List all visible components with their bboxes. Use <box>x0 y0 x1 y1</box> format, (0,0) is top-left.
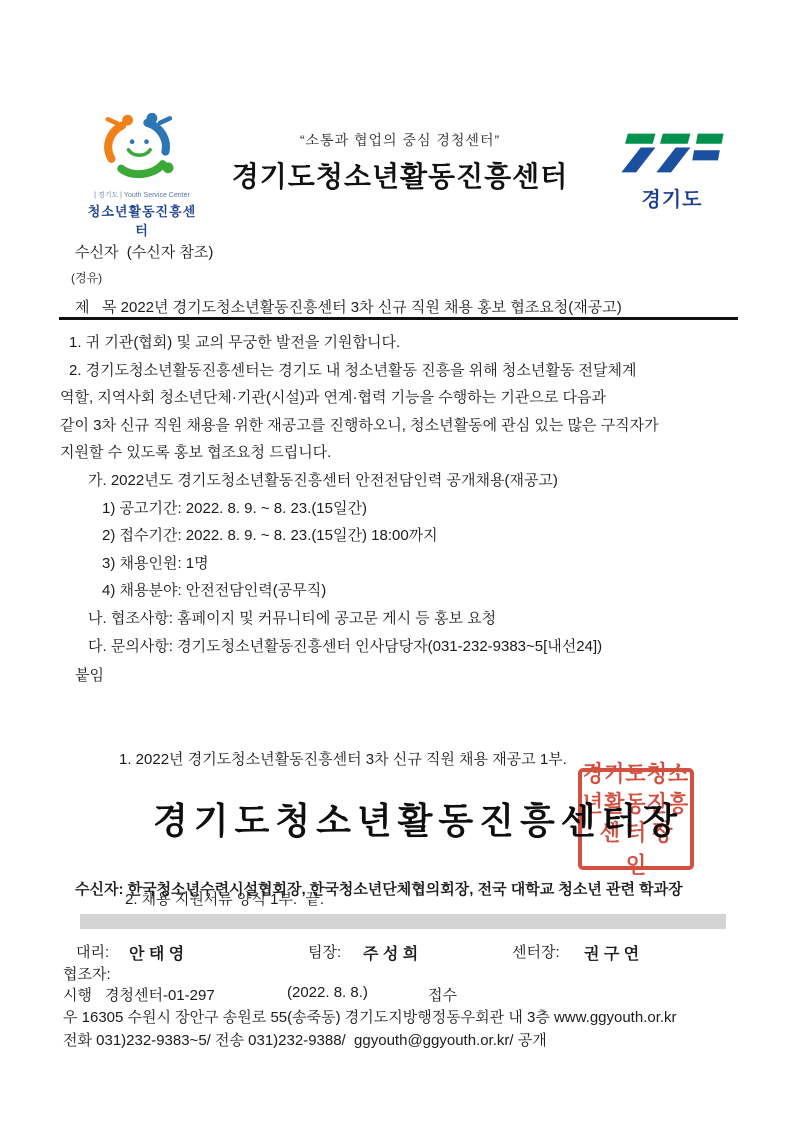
receipt-label: 접수 <box>428 984 457 1005</box>
body-line: 3) 채용인원: 1명 <box>60 550 742 578</box>
body-line: 나. 협조사항: 홈페이지 및 커뮤니티에 공고문 게시 등 홍보 요청 <box>60 605 742 633</box>
gyeonggi-logo-label: 경기도 <box>616 183 728 212</box>
body-line: 1) 공고기간: 2022. 8. 9. ~ 8. 23.(15일간) <box>60 495 742 523</box>
address-line: 우 16305 수원시 장안구 송원로 55(송죽동) 경기도지방행정동우회관 … <box>63 1006 677 1027</box>
approver-name: 안 태 영 <box>129 941 184 964</box>
recipients-list: 수신자: 한국청소년수련시설협회장, 한국청소년단체협의회장, 전국 대학교 청… <box>75 878 683 899</box>
contact-line: 전화 031)232-9383~5/ 전송 031)232-9388/ ggyo… <box>63 1029 547 1050</box>
document-body: 1. 귀 기관(협회) 및 교의 무궁한 발전을 기원합니다. 2. 경기도청소… <box>60 329 742 660</box>
gyeonggi-logo-icon <box>620 163 724 180</box>
seal-text-row: 경기도청소 <box>582 758 690 790</box>
seal-text-row: 센터장인 <box>582 817 690 882</box>
approver-name: 권 구 연 <box>584 941 639 964</box>
subject-label: 제 목 <box>75 299 116 316</box>
letterhead-title: 경기도청소년활동진흥센터 <box>170 155 630 195</box>
document-number: 경청센터-01-297 <box>105 984 215 1005</box>
gyeonggi-logo: 경기도 <box>616 130 728 212</box>
seal-text-row: 년활동진흥 <box>582 788 690 820</box>
approver-role: 센터장: <box>512 941 560 962</box>
subject-row: 제 목 2022년 경기도청소년활동진흥센터 3차 신규 직원 채용 홍보 협조… <box>75 296 622 317</box>
body-line: 역할, 지역사회 청소년단체·기관(시설)과 연계·협력 기능을 수행하는 기관… <box>60 384 742 412</box>
body-line: 가. 2022년도 경기도청소년활동진흥센터 안전전담인력 공개채용(재공고) <box>60 467 742 495</box>
approval-line: 대리: 안 태 영 팀장: 주 성 희 센터장: 권 구 연 <box>0 941 794 963</box>
issue-line: 시행 경청센터-01-297 (2022. 8. 8.) 접수 <box>0 984 794 1006</box>
letterhead: “소통과 협업의 중심 경청센터” 경기도청소년활동진흥센터 <box>170 130 630 195</box>
letterhead-slogan: “소통과 협업의 중심 경청센터” <box>170 130 630 150</box>
subject-text: 2022년 경기도청소년활동진흥센터 3차 신규 직원 채용 홍보 협조요청(재… <box>121 299 622 316</box>
body-line: 1. 귀 기관(협회) 및 교의 무궁한 발전을 기원합니다. <box>60 329 742 357</box>
body-line: 지원할 수 있도록 홍보 협조요청 드립니다. <box>60 439 742 467</box>
body-line: 다. 문의사항: 경기도청소년활동진흥센터 인사담당자(031-232-9383… <box>60 633 742 661</box>
issue-label: 시행 <box>63 984 92 1005</box>
body-line: 2. 경기도청소년활동진흥센터는 경기도 내 청소년활동 진흥을 위해 청소년활… <box>60 357 742 385</box>
recipient-field: 수신자 (수신자 참조) <box>75 241 213 262</box>
official-seal-stamp: 경기도청소 년활동진흥 센터장인 <box>578 768 694 870</box>
approver-role: 팀장: <box>308 941 341 962</box>
body-line: 2) 접수기간: 2022. 8. 9. ~ 8. 23.(15일간) 18:0… <box>60 522 742 550</box>
issue-date: (2022. 8. 8.) <box>287 984 368 1001</box>
footer-divider-bar <box>80 914 726 929</box>
via-field: (경유) <box>71 269 102 286</box>
attachment-label: 붙임 <box>75 662 104 690</box>
approver-name: 주 성 희 <box>363 941 418 964</box>
subject-divider <box>59 317 738 320</box>
approver-role: 대리: <box>76 941 109 962</box>
body-line: 4) 채용분야: 안전전담인력(공무직) <box>60 577 742 605</box>
document-page: | 경기도 | Youth Service Center 청소년활동진흥센터 “… <box>0 0 794 1123</box>
youth-center-logo-name: 청소년활동진흥센터 <box>84 201 200 239</box>
body-line: 같이 3차 신규 직원 채용을 위한 재공고를 진행하오니, 청소년활동에 관심… <box>60 412 742 440</box>
cooperator-label: 협조자: <box>63 963 111 984</box>
